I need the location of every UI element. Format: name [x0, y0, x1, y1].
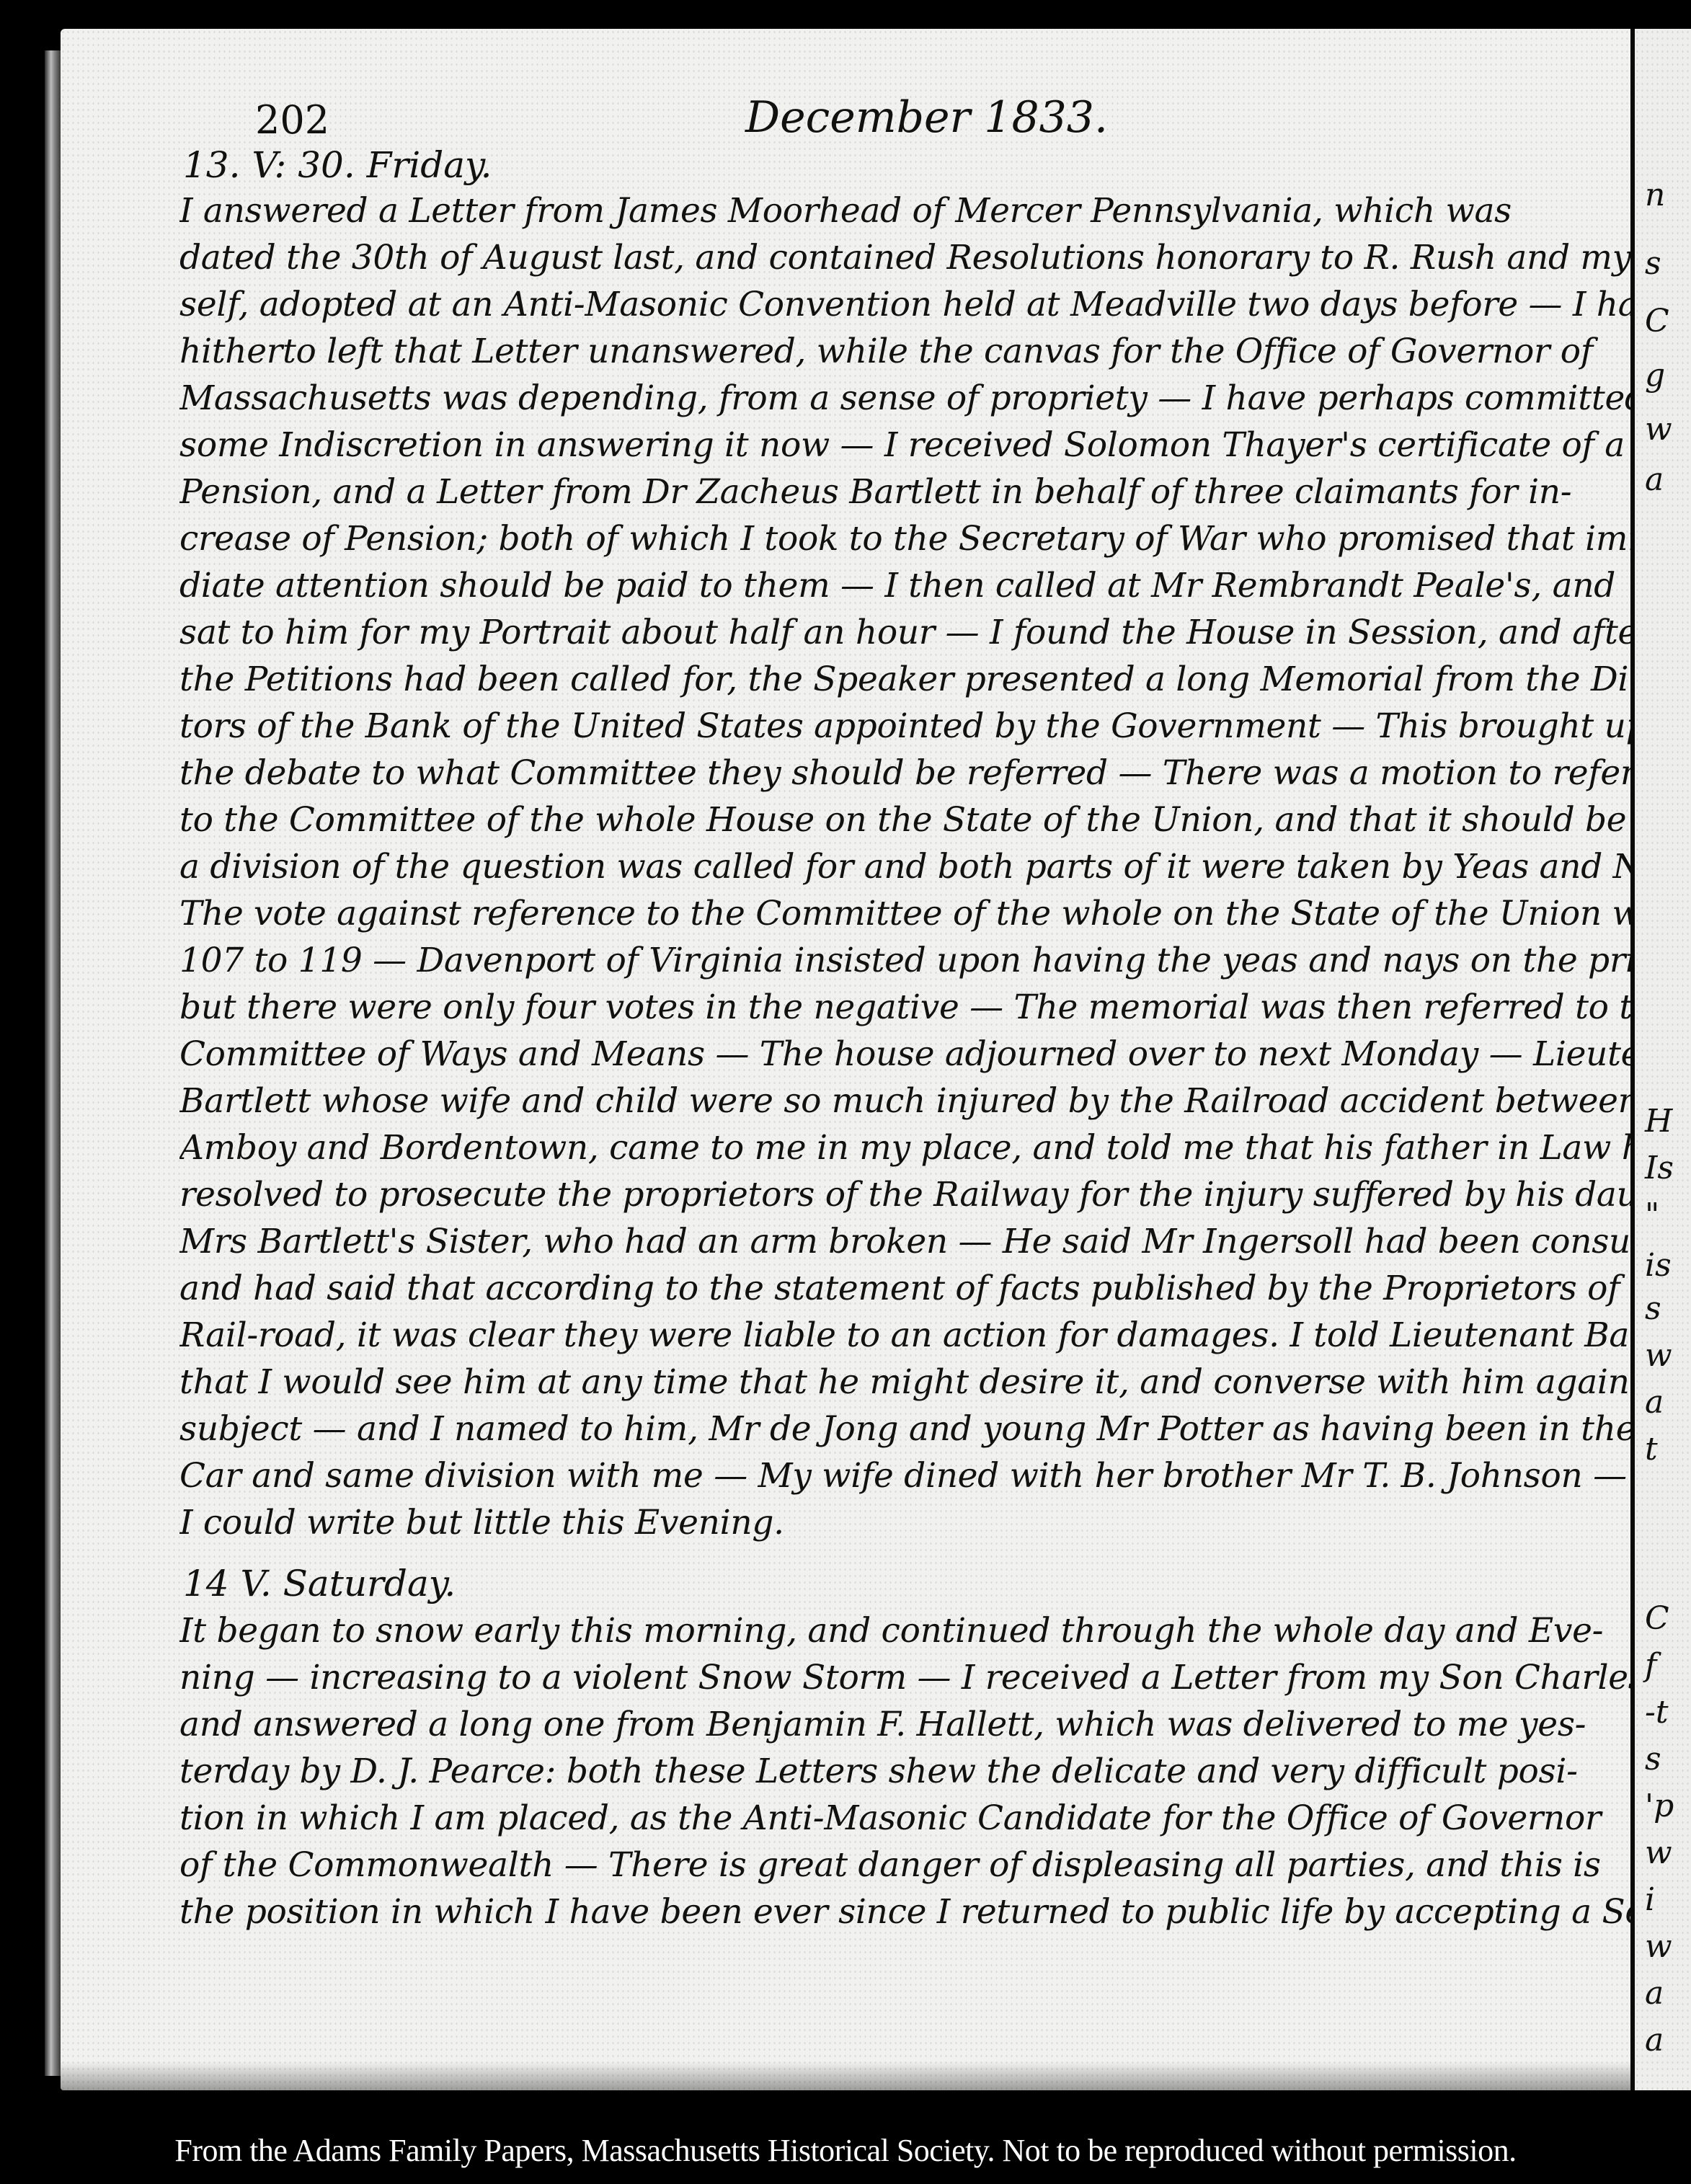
- diary-line: crease of Pension; both of which I took …: [179, 519, 1643, 559]
- adjacent-page-fragment: w: [1645, 411, 1672, 448]
- adjacent-page-fragment: s: [1645, 245, 1661, 282]
- diary-line: the debate to what Committee they should…: [179, 753, 1643, 793]
- diary-line: resolved to prosecute the proprietors of…: [179, 1175, 1643, 1215]
- diary-line: tion in which I am placed, as the Anti-M…: [179, 1798, 1643, 1838]
- manuscript-page: 202 December 1833. 13. V: 30. Friday. I …: [61, 29, 1639, 2090]
- page-number: 202: [255, 97, 329, 143]
- adjacent-page-fragment: a: [1645, 1975, 1664, 2012]
- adjacent-page-fragment: f: [1645, 1647, 1656, 1684]
- diary-line: a division of the question was called fo…: [179, 847, 1643, 887]
- adjacent-page-fragment: H: [1645, 1103, 1672, 1140]
- adjacent-page-fragment: a: [1645, 1384, 1664, 1421]
- adjacent-page-fragment: C: [1645, 1600, 1669, 1637]
- copyright-caption: From the Adams Family Papers, Massachuse…: [0, 2132, 1691, 2169]
- diary-line: Car and same division with me — My wife …: [179, 1456, 1643, 1496]
- diary-line: I could write but little this Evening.: [179, 1503, 1643, 1542]
- adjacent-page-fragment: a: [1645, 2022, 1664, 2059]
- diary-line: 107 to 119 — Davenport of Virginia insis…: [179, 941, 1643, 980]
- adjacent-page-fragment: s: [1645, 1741, 1661, 1777]
- diary-line: some Indiscretion in answering it now — …: [179, 425, 1643, 465]
- adjacent-page-fragment: n: [1645, 177, 1665, 213]
- adjacent-page-fragment: 'p: [1645, 1788, 1674, 1824]
- adjacent-page-fragment: i: [1645, 1881, 1655, 1918]
- diary-line: the Petitions had been called for, the S…: [179, 660, 1643, 699]
- adjacent-page-fragment: w: [1645, 1834, 1672, 1871]
- diary-line: tors of the Bank of the United States ap…: [179, 706, 1643, 746]
- adjacent-page-fragment: ": [1645, 1197, 1659, 1233]
- diary-line: Pension, and a Letter from Dr Zacheus Ba…: [179, 472, 1643, 512]
- adjacent-page-fragment: Is: [1645, 1150, 1674, 1186]
- diary-line: Rail-road, it was clear they were liable…: [179, 1315, 1643, 1355]
- diary-line: that I would see him at any time that he…: [179, 1362, 1643, 1402]
- diary-line: Amboy and Bordentown, came to me in my p…: [179, 1128, 1643, 1168]
- adjacent-page-fragment: g: [1645, 357, 1665, 394]
- adjacent-page-fragment: w: [1645, 1337, 1672, 1374]
- adjacent-page-fragment: w: [1645, 1928, 1672, 1965]
- diary-line: and answered a long one from Benjamin F.…: [179, 1705, 1643, 1744]
- adjacent-page-fragment: C: [1645, 303, 1669, 339]
- adjacent-page-fragment: a: [1645, 461, 1664, 498]
- diary-line: It began to snow early this morning, and…: [179, 1611, 1643, 1651]
- adjacent-page-fragment: s: [1645, 1290, 1661, 1327]
- entry-date-heading: 13. V: 30. Friday.: [183, 144, 492, 186]
- entry-date-heading: 14 V. Saturday.: [183, 1563, 456, 1604]
- book-spine: [45, 50, 61, 2076]
- diary-line: terday by D. J. Pearce: both these Lette…: [179, 1752, 1643, 1791]
- diary-line: to the Committee of the whole House on t…: [179, 800, 1643, 840]
- diary-line: of the Commonwealth — There is great dan…: [179, 1845, 1643, 1885]
- diary-line: Bartlett whose wife and child were so mu…: [179, 1081, 1643, 1121]
- adjacent-page-fragment: -t: [1645, 1694, 1669, 1731]
- diary-line: I answered a Letter from James Moorhead …: [179, 191, 1643, 231]
- diary-line: Mrs Bartlett's Sister, who had an arm br…: [179, 1222, 1643, 1261]
- diary-line: self, adopted at an Anti-Masonic Convent…: [179, 285, 1643, 324]
- diary-line: ning — increasing to a violent Snow Stor…: [179, 1658, 1643, 1697]
- diary-line: subject — and I named to him, Mr de Jong…: [179, 1409, 1643, 1449]
- diary-line: diate attention should be paid to them —…: [179, 566, 1643, 605]
- diary-line: hitherto left that Letter unanswered, wh…: [179, 332, 1643, 371]
- diary-line: The vote against reference to the Commit…: [179, 894, 1643, 933]
- diary-line: the position in which I have been ever s…: [179, 1892, 1643, 1932]
- month-header: December 1833.: [745, 92, 1108, 143]
- adjacent-page-fragment: is: [1645, 1247, 1672, 1284]
- diary-line: dated the 30th of August last, and conta…: [179, 238, 1643, 278]
- diary-line: but there were only four votes in the ne…: [179, 987, 1643, 1027]
- diary-line: Committee of Ways and Means — The house …: [179, 1034, 1643, 1074]
- diary-line: Massachusetts was depending, from a sens…: [179, 378, 1643, 418]
- diary-line: sat to him for my Portrait about half an…: [179, 613, 1643, 652]
- adjacent-page-edge: n s C g w a H Is " is s w a t C f -t s '…: [1635, 29, 1691, 2090]
- adjacent-page-fragment: t: [1645, 1431, 1658, 1468]
- diary-line: and had said that according to the state…: [179, 1269, 1643, 1308]
